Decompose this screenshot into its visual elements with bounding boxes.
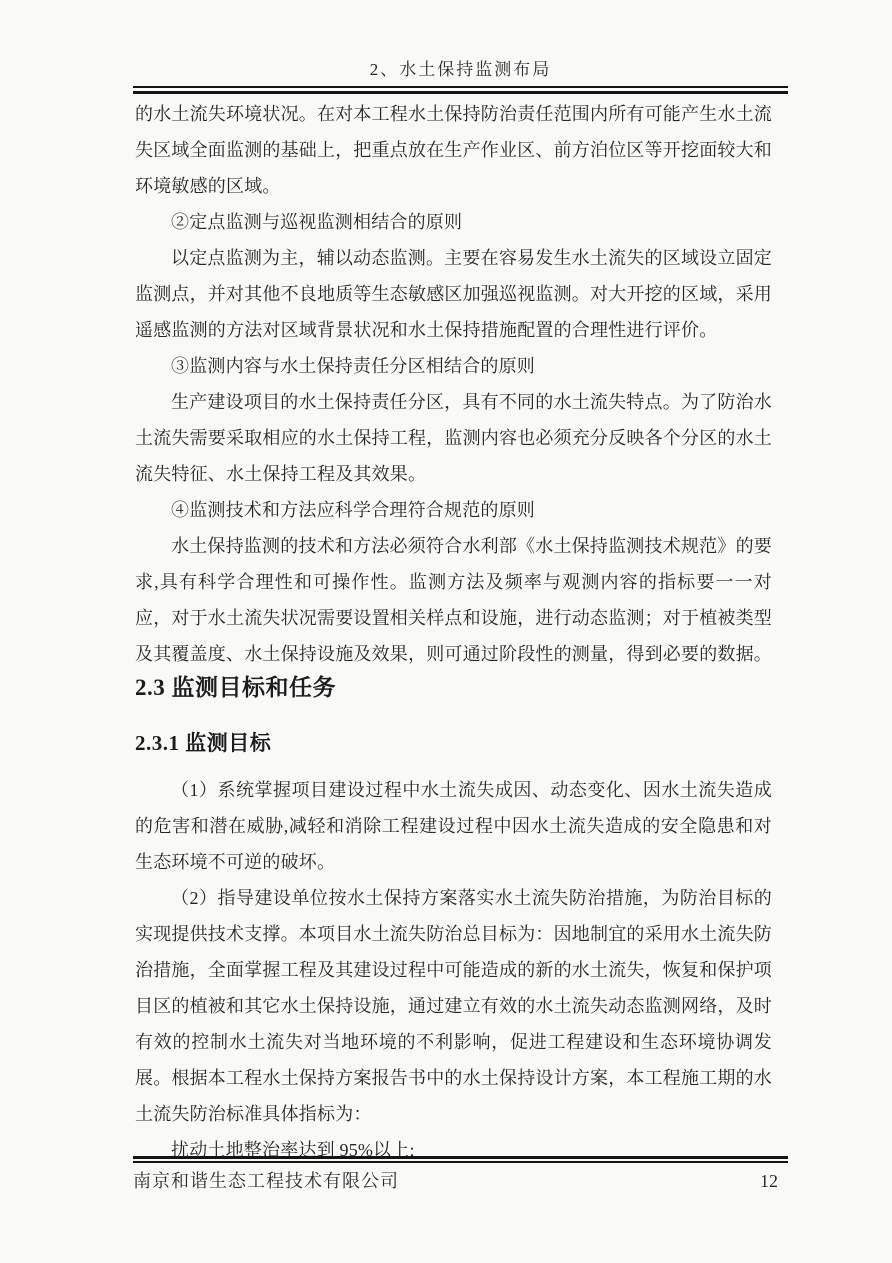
page-footer: 南京和谐生态工程技术有限公司 12 <box>133 1156 788 1193</box>
paragraph-continuation: 的水土流失环境状况。在对本工程水土保持防治责任范围内所有可能产生水土流失区域全面… <box>135 96 772 204</box>
footer-company: 南京和谐生态工程技术有限公司 <box>133 1169 399 1193</box>
principle-4-paragraph: 水土保持监测的技术和方法必须符合水利部《水土保持监测技术规范》的要求,具有科学合… <box>135 528 772 672</box>
footer-row: 南京和谐生态工程技术有限公司 12 <box>133 1169 788 1193</box>
footer-page-number: 12 <box>760 1169 788 1193</box>
principle-4-line: ④监测技术和方法应科学合理符合规范的原则 <box>135 492 772 528</box>
goal-2-paragraph: （2）指导建设单位按水土保持方案落实水土流失防治措施，为防治目标的实现提供技术支… <box>135 880 772 1132</box>
document-page: 2、水土保持监测布局 的水土流失环境状况。在对本工程水土保持防治责任范围内所有可… <box>0 0 892 1263</box>
principle-3-paragraph: 生产建设项目的水土保持责任分区，具有不同的水土流失特点。为了防治水土流失需要采取… <box>135 384 772 492</box>
header-rule <box>133 86 788 94</box>
principle-3-line: ③监测内容与水土保持责任分区相结合的原则 <box>135 348 772 384</box>
principle-2-line: ②定点监测与巡视监测相结合的原则 <box>135 204 772 240</box>
header-title: 2、水土保持监测布局 <box>133 58 788 82</box>
section-heading-2-3: 2.3 监测目标和任务 <box>135 672 772 704</box>
goal-1-paragraph: （1）系统掌握项目建设过程中水土流失成因、动态变化、因水土流失造成的危害和潜在威… <box>135 772 772 880</box>
principle-2-paragraph: 以定点监测为主，辅以动态监测。主要在容易发生水土流失的区域设立固定监测点，并对其… <box>135 240 772 348</box>
subsection-heading-2-3-1: 2.3.1 监测目标 <box>135 728 772 758</box>
footer-rule <box>133 1156 788 1163</box>
page-header: 2、水土保持监测布局 <box>133 0 788 94</box>
document-body: 的水土流失环境状况。在对本工程水土保持防治责任范围内所有可能产生水土流失区域全面… <box>135 96 772 1168</box>
